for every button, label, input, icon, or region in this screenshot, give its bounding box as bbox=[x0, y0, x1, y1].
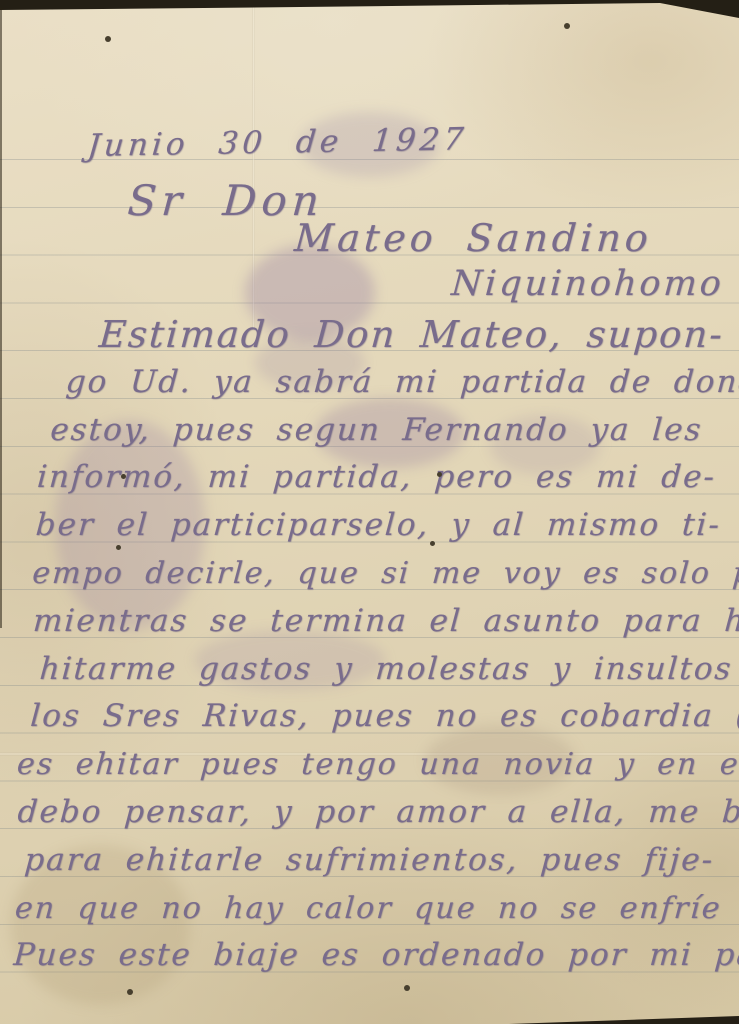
handwritten-line: los Sres Rivas, pues no es cobardia (no) bbox=[17, 693, 739, 741]
handwritten-line: estoy, pues segun Fernando ya les bbox=[37, 407, 739, 455]
handwritten-line: empo decirle, que si me voy es solo para bbox=[27, 550, 739, 598]
letter-recipient-name: Mateo Sandino bbox=[293, 216, 653, 260]
letter-paper: Junio 30 de 1927 Sr Don Mateo Sandino Ni… bbox=[0, 0, 739, 1024]
pinhole-speck bbox=[116, 545, 121, 550]
handwritten-line: informó, mi partida, pero es mi de- bbox=[33, 454, 739, 502]
handwritten-line: hitarme gastos y molestas y insultos de bbox=[20, 646, 739, 694]
letter-body: Estimado Don Mateo, supon-go Ud. ya sabr… bbox=[0, 311, 739, 980]
pinhole-speck bbox=[105, 36, 111, 42]
pinhole-speck bbox=[127, 989, 133, 995]
pinhole-speck bbox=[404, 985, 410, 991]
handwritten-line: ber el participarselo, y al mismo ti- bbox=[30, 502, 739, 550]
letter-date: Junio 30 de 1927 bbox=[86, 121, 469, 164]
scan-edge-left bbox=[0, 8, 2, 628]
handwritten-line: en que no hay calor que no se enfríe bbox=[3, 885, 739, 933]
handwritten-line: mientras se termina el asunto para he- bbox=[23, 598, 739, 646]
handwritten-line: Pues este biaje es ordenado por mi papá bbox=[0, 932, 739, 980]
handwritten-line: Estimado Don Mateo, supon- bbox=[43, 311, 739, 359]
handwritten-line: es ehitar pues tengo una novia y en ella bbox=[13, 741, 739, 789]
pinhole-speck bbox=[564, 23, 570, 29]
scanned-letter: Junio 30 de 1927 Sr Don Mateo Sandino Ni… bbox=[0, 0, 739, 1024]
pinhole-speck bbox=[121, 474, 126, 479]
pinhole-speck bbox=[430, 541, 435, 546]
handwritten-line: go Ud. ya sabrá mi partida de donde bbox=[40, 359, 739, 407]
handwritten-line: debo pensar, y por amor a ella, me boy bbox=[10, 789, 739, 837]
letter-recipient-place: Niquinohomo bbox=[450, 264, 725, 304]
pinhole-speck bbox=[437, 472, 442, 477]
handwritten-line: para ehitarle sufrimientos, pues fije- bbox=[7, 837, 739, 885]
